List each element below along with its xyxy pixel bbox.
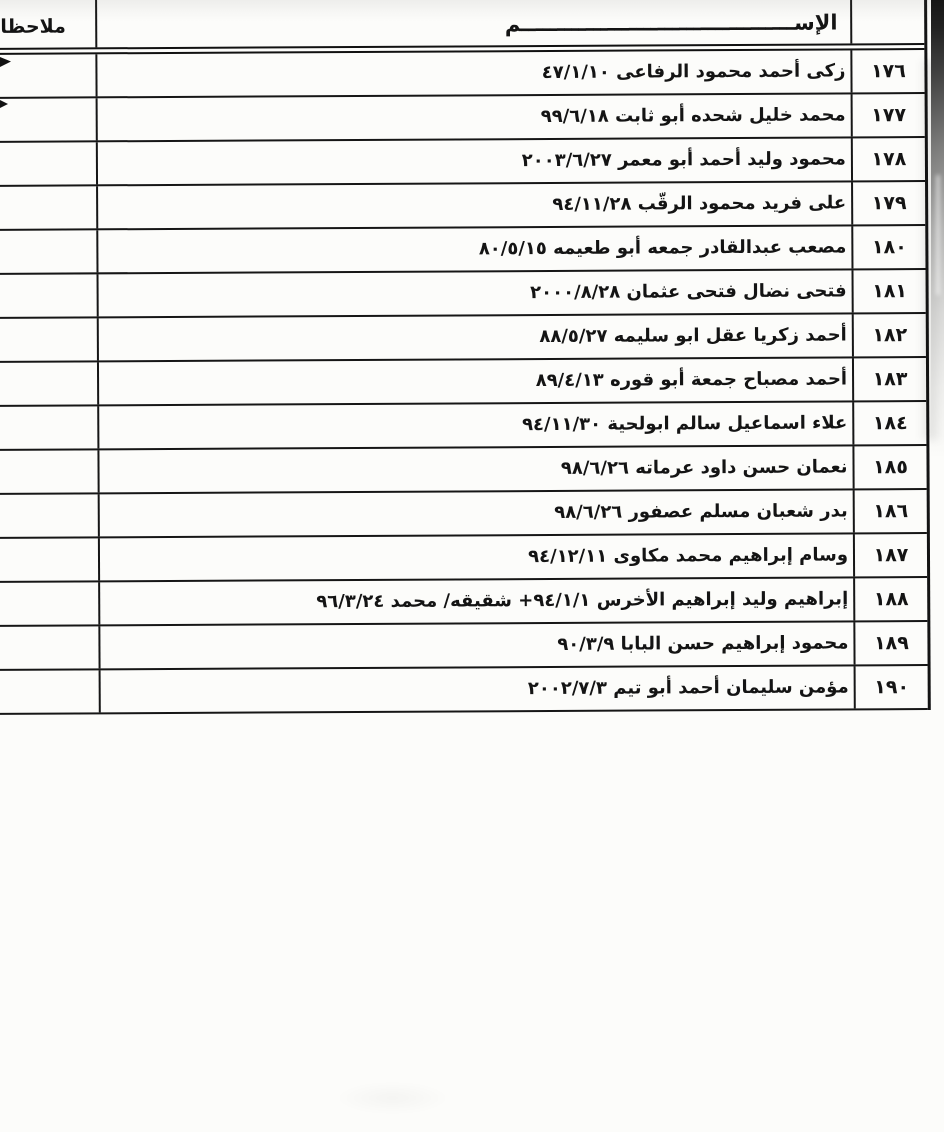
- table-row: ١٧٨ محمود وليد أحمد أبو معمر ٢٠٠٣/٦/٢٧: [0, 138, 925, 187]
- name-cell: علاء اسماعيل سالم ابولحية ٩٤/١١/٣٠: [97, 402, 852, 448]
- header-serial-cell: [850, 0, 924, 43]
- name-cell: أحمد زكريا عقل ابو سليمه ٨٨/٥/٢٧: [97, 314, 852, 360]
- notes-cell: [0, 274, 97, 317]
- notes-cell: [0, 582, 98, 625]
- roster-table: الإســــــــــــــــــــــــــــــــــــ…: [0, 0, 931, 715]
- serial-cell: ١٨٩: [853, 622, 927, 664]
- name-cell: مصعب عبدالقادر جمعه أبو طعيمه ٨٠/٥/١٥: [96, 226, 851, 272]
- notes-cell: [0, 142, 96, 185]
- page-edge-highlight: [936, 175, 940, 295]
- serial-cell: ١٨١: [851, 270, 925, 312]
- name-cell: محمود إبراهيم حسن البابا ٩٠/٣/٩: [98, 622, 853, 668]
- table-row: ١٨٨ إبراهيم وليد إبراهيم الأخرس ٩٤/١/١+ …: [0, 578, 927, 627]
- serial-cell: ١٧٧: [851, 94, 925, 136]
- notes-cell: [0, 626, 99, 669]
- table-row: ١٨٧ وسام إبراهيم محمد مكاوى ٩٤/١٢/١١: [0, 534, 927, 583]
- page-edge-shadow: [931, 0, 944, 460]
- serial-cell: ١٧٨: [851, 138, 925, 180]
- table-row: ١٨٥ نعمان حسن داود عرماته ٩٨/٦/٢٦: [0, 446, 927, 495]
- notes-cell: [0, 406, 97, 449]
- serial-cell: ١٧٩: [851, 182, 925, 224]
- name-cell: فتحى نضال فتحى عثمان ٢٠٠٠/٨/٢٨: [97, 270, 852, 316]
- table-row: ١٨١ فتحى نضال فتحى عثمان ٢٠٠٠/٨/٢٨: [0, 270, 926, 319]
- notes-cell: [0, 362, 97, 405]
- serial-cell: ١٨٨: [853, 578, 927, 620]
- name-cell: أحمد مصباح جمعة أبو قوره ٨٩/٤/١٣: [97, 358, 852, 404]
- table-rows: ١٧٦ زكى أحمد محمود الرفاعى ٤٧/١/١٠ ١٧٧ م…: [0, 50, 928, 715]
- notes-cell: [0, 670, 99, 713]
- serial-cell: ١٨٢: [852, 314, 926, 356]
- notes-cell: [0, 230, 96, 273]
- serial-cell: ١٨٠: [851, 226, 925, 268]
- serial-cell: ١٨٣: [852, 358, 926, 400]
- serial-cell: ١٨٥: [852, 446, 926, 488]
- table-header-row: الإســــــــــــــــــــــــــــــــــــ…: [0, 0, 924, 55]
- name-cell: إبراهيم وليد إبراهيم الأخرس ٩٤/١/١+ شقيق…: [98, 578, 853, 624]
- header-notes-cell: ملاحظات: [0, 0, 95, 48]
- serial-cell: ١٨٦: [853, 490, 927, 532]
- table-row: ١٨٤ علاء اسماعيل سالم ابولحية ٩٤/١١/٣٠: [0, 402, 926, 451]
- table-row: ١٩٠ مؤمن سليمان أحمد أبو تيم ٢٠٠٢/٧/٣: [0, 666, 928, 715]
- table-row: ١٨٠ مصعب عبدالقادر جمعه أبو طعيمه ٨٠/٥/١…: [0, 226, 925, 275]
- serial-cell: ١٨٧: [853, 534, 927, 576]
- table-row: ١٨٦ بدر شعبان مسلم عصفور ٩٨/٦/٢٦: [0, 490, 927, 539]
- name-cell: مؤمن سليمان أحمد أبو تيم ٢٠٠٢/٧/٣: [99, 666, 854, 712]
- serial-cell: ١٩٠: [854, 666, 928, 708]
- notes-cell: [0, 54, 96, 97]
- header-notes-label: ملاحظات: [0, 15, 66, 37]
- notes-cell: [0, 538, 98, 581]
- table-row: ١٨٢ أحمد زكريا عقل ابو سليمه ٨٨/٥/٢٧: [0, 314, 926, 363]
- notes-cell: [0, 450, 98, 493]
- table-row: ١٧٦ زكى أحمد محمود الرفاعى ٤٧/١/١٠: [0, 50, 925, 99]
- name-cell: نعمان حسن داود عرماته ٩٨/٦/٢٦: [97, 446, 852, 492]
- name-cell: على فريد محمود الرقّب ٩٤/١١/٢٨: [96, 182, 851, 228]
- header-name-label: الإســــــــــــــــــــــــــــــــــــ…: [505, 10, 838, 36]
- table-row: ١٧٧ محمد خليل شحده أبو ثابت ٩٩/٦/١٨: [0, 94, 925, 143]
- table-row: ١٨٣ أحمد مصباح جمعة أبو قوره ٨٩/٤/١٣: [0, 358, 926, 407]
- name-cell: محمود وليد أحمد أبو معمر ٢٠٠٣/٦/٢٧: [96, 138, 851, 184]
- scanned-document-page: الإســــــــــــــــــــــــــــــــــــ…: [0, 0, 944, 1132]
- table-row: ١٧٩ على فريد محمود الرقّب ٩٤/١١/٢٨: [0, 182, 925, 231]
- scan-smudge-bottom: [335, 1082, 450, 1114]
- name-cell: محمد خليل شحده أبو ثابت ٩٩/٦/١٨: [96, 94, 851, 140]
- serial-cell: ١٨٤: [852, 402, 926, 444]
- notes-cell: [0, 494, 98, 537]
- notes-cell: [0, 98, 96, 141]
- notes-cell: [0, 318, 97, 361]
- serial-cell: ١٧٦: [850, 50, 924, 92]
- header-name-cell: الإســــــــــــــــــــــــــــــــــــ…: [95, 0, 850, 47]
- name-cell: وسام إبراهيم محمد مكاوى ٩٤/١٢/١١: [98, 534, 853, 580]
- name-cell: بدر شعبان مسلم عصفور ٩٨/٦/٢٦: [98, 490, 853, 536]
- name-cell: زكى أحمد محمود الرفاعى ٤٧/١/١٠: [95, 50, 850, 96]
- table-row: ١٨٩ محمود إبراهيم حسن البابا ٩٠/٣/٩: [0, 622, 928, 671]
- notes-cell: [0, 186, 96, 229]
